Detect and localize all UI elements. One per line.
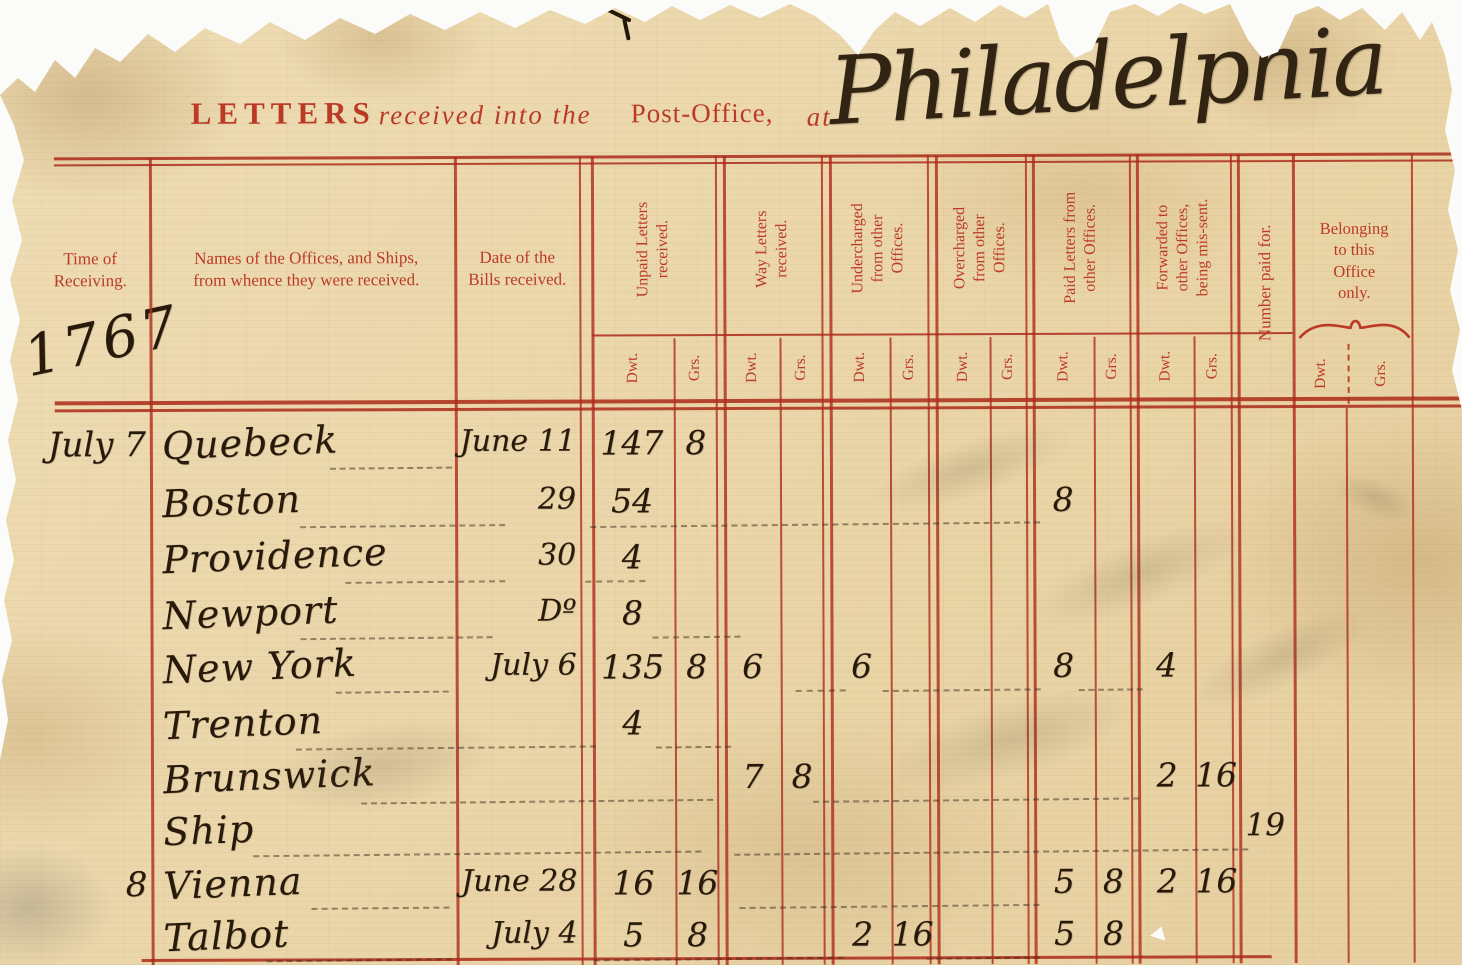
cell-unpaid-grs: 16 xyxy=(675,866,719,899)
belonging-brace xyxy=(1295,314,1413,342)
table-rule-vertical xyxy=(1025,155,1030,964)
cell-paid-grs: 8 xyxy=(1095,865,1131,898)
cell-name: Providence xyxy=(162,530,463,579)
col-header-time: Time of Receiving. xyxy=(33,248,147,293)
cell-date: July 6 xyxy=(457,651,577,681)
cell-fwd-dwt: 2 xyxy=(1141,864,1193,897)
table-rule-vertical xyxy=(821,156,826,965)
paper-hole xyxy=(1150,924,1169,940)
cell-paid-dwt: 8 xyxy=(1034,483,1092,516)
ink-mark xyxy=(603,6,632,23)
subheader-grs: Grs. xyxy=(779,336,821,400)
year-handwritten: 1767 xyxy=(19,298,186,386)
subheader-dwt: Dwt. xyxy=(1136,334,1193,398)
cell-paid-dwt: 5 xyxy=(1036,917,1094,950)
leader-dashes xyxy=(796,689,846,692)
table-rule-vertical xyxy=(715,156,720,965)
table-rule-horizontal xyxy=(55,404,1462,411)
cell-name: Newport xyxy=(162,586,463,635)
paper-sheet: LETTERS received into the Post-Office, a… xyxy=(0,0,1462,965)
cell-unpaid-dwt: 5 xyxy=(594,918,674,951)
cell-unpaid-grs: 8 xyxy=(674,426,718,459)
table-rule-vertical xyxy=(149,158,155,965)
cell-paid-dwt: 5 xyxy=(1035,865,1093,898)
cell-name: New York xyxy=(162,640,463,689)
col-header-narrow-3: Overcharged from other Offices. xyxy=(935,167,1026,329)
cell-time: 8 xyxy=(27,868,147,902)
cell-under-grs: 16 xyxy=(892,917,930,950)
table-rule-vertical xyxy=(779,338,783,965)
leader-dashes xyxy=(927,957,1040,960)
bleed-through-smudge xyxy=(1177,588,1384,727)
cell-name: Vienna xyxy=(163,856,464,905)
cell-unpaid-dwt: 54 xyxy=(592,484,672,517)
sheet-content: LETTERS received into the Post-Office, a… xyxy=(0,0,1462,965)
table-rule-vertical xyxy=(889,337,893,964)
title-letters: LETTERS xyxy=(191,95,376,132)
leader-dashes xyxy=(585,580,645,583)
cell-date: June 28 xyxy=(457,867,577,897)
title-received: received into the xyxy=(379,99,592,131)
leader-dashes xyxy=(345,580,505,584)
cell-date: Dº xyxy=(456,597,576,627)
ledger-scan: LETTERS received into the Post-Office, a… xyxy=(0,0,1462,965)
col-header-number-paid: Number paid for. xyxy=(1237,170,1293,396)
col-header-narrow-2: Undercharged from other Offices. xyxy=(829,167,928,329)
cell-unpaid-dwt: 4 xyxy=(593,706,673,739)
col-header-narrow-5: Forwarded to other Offices, being mis-se… xyxy=(1136,166,1231,328)
cell-unpaid-grs: 8 xyxy=(676,918,720,951)
col-header-narrow-1: Way Letters received. xyxy=(723,168,822,330)
col-header-narrow-0: Unpaid Letters received. xyxy=(591,168,716,330)
subheader-dwt: Dwt. xyxy=(935,335,989,399)
cell-unpaid-dwt: 8 xyxy=(592,596,672,629)
leader-dashes xyxy=(739,904,1039,909)
belonging-dwt-grs-divider xyxy=(1348,344,1350,404)
subheader-dwt: Dwt. xyxy=(829,335,889,399)
leader-dashes xyxy=(330,467,452,470)
bleed-through-smudge xyxy=(1326,464,1424,532)
cell-under-dwt: 2 xyxy=(836,917,890,950)
table-rule-horizontal xyxy=(54,152,1461,160)
cell-name: Talbot xyxy=(163,908,464,957)
subheader-grs: Grs. xyxy=(1193,334,1230,398)
table-body: Unpaid Letters received.Dwt.Grs.Way Lett… xyxy=(0,0,1460,3)
subheader-dwt: Dwt. xyxy=(1032,335,1093,399)
leader-dashes xyxy=(656,746,731,749)
cell-fwd-dwt: 2 xyxy=(1141,758,1193,791)
cell-paid-grs: 8 xyxy=(1096,917,1132,950)
table-rule-vertical xyxy=(579,157,584,965)
cell-number-paid: 19 xyxy=(1237,810,1293,841)
cell-date: 30 xyxy=(456,541,576,571)
table-rule-vertical xyxy=(927,155,932,964)
cell-way-dwt: 6 xyxy=(727,650,779,683)
cell-date: July 4 xyxy=(458,919,578,949)
col-header-names: Names of the Offices, and Ships, from wh… xyxy=(159,247,453,292)
leader-dashes xyxy=(883,688,1041,692)
subheader-dwt: Dwt. xyxy=(1294,342,1348,406)
leader-dashes xyxy=(253,851,701,858)
cell-way-grs: 8 xyxy=(781,760,823,793)
subheader-dwt: Dwt. xyxy=(723,336,779,400)
cell-unpaid-grs: 8 xyxy=(675,650,719,683)
cell-fwd-grs: 16 xyxy=(1195,864,1233,897)
leader-dashes xyxy=(336,691,449,694)
cell-under-dwt: 6 xyxy=(835,649,889,682)
cell-unpaid-dwt: 4 xyxy=(592,540,672,573)
bleed-through-smudge xyxy=(1016,496,1265,651)
leader-dashes xyxy=(813,797,1139,802)
cell-name: Boston xyxy=(161,474,462,523)
leader-dashes xyxy=(590,521,1040,528)
place-name-script: Philadelphia xyxy=(826,7,1388,147)
subheader-dwt: Dwt. xyxy=(591,336,673,400)
cell-unpaid-dwt: 147 xyxy=(592,426,672,459)
subheader-grs: Grs. xyxy=(989,335,1025,399)
title-at: at xyxy=(807,102,832,133)
col-header-date: Date of the Bills received. xyxy=(457,247,577,292)
subheader-grs: Grs. xyxy=(1093,335,1129,399)
leader-dashes xyxy=(301,636,493,640)
table-rule-horizontal xyxy=(54,159,1461,166)
title-post-office: Post-Office, xyxy=(631,98,774,129)
cell-unpaid-dwt: 16 xyxy=(593,866,673,899)
cell-date: 29 xyxy=(456,485,576,515)
cell-unpaid-dwt: 135 xyxy=(593,650,673,683)
subheader-grs: Grs. xyxy=(673,336,715,400)
col-header-belonging: Belonging to this Office only. xyxy=(1295,218,1413,304)
subheader-grs: Grs. xyxy=(889,335,927,399)
cell-name: Quebeck xyxy=(161,416,462,465)
cell-fwd-grs: 16 xyxy=(1195,758,1233,791)
subheader-grs: Grs. xyxy=(1352,342,1410,406)
cell-way-dwt: 7 xyxy=(727,760,779,793)
cell-date: June 11 xyxy=(456,427,576,457)
cell-time: July 7 xyxy=(26,428,146,462)
leader-dashes xyxy=(300,524,505,528)
col-header-narrow-4: Paid Letters from other Offices. xyxy=(1032,167,1130,329)
